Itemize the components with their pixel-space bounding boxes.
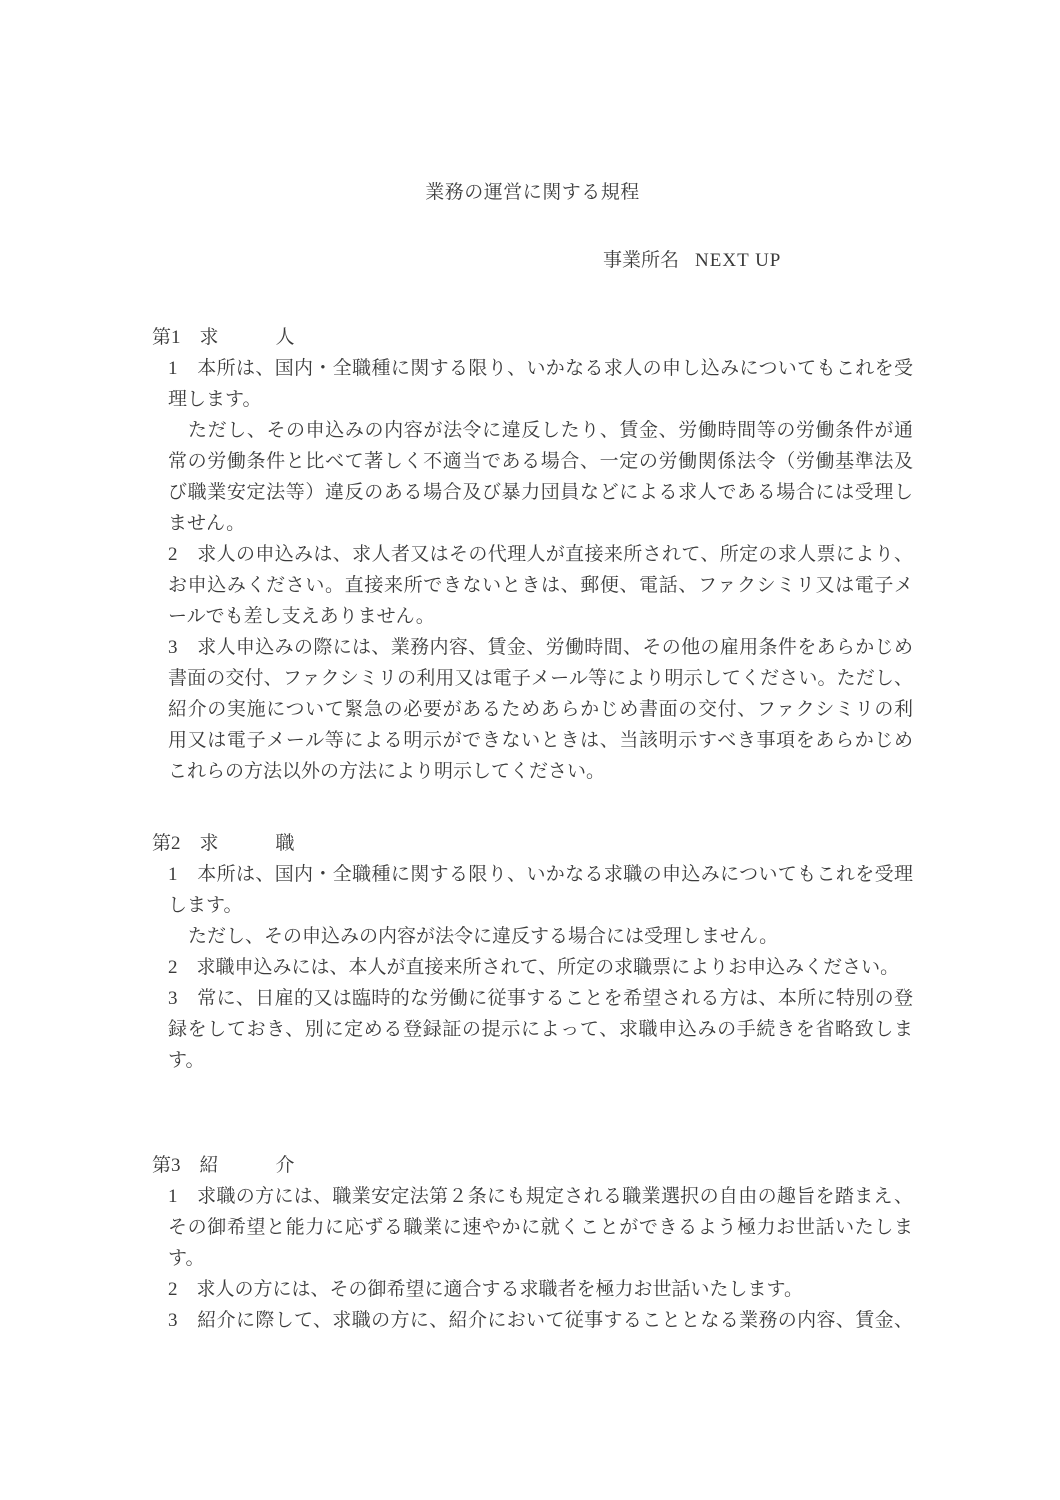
text-line: 用又は電子メール等による明示ができないときは、当該明示すべき事項をあらかじめ [168,725,913,756]
document-title: 業務の運営に関する規程 [152,180,913,206]
text-line: ません。 [168,508,913,539]
text-line: します。 [168,890,913,921]
text-line: 1 本所は、国内・全職種に関する限り、いかなる求人の申し込みについてもこれを受 [168,353,913,384]
text-line: 2 求人の方には、その御希望に適合する求職者を極力お世話いたします。 [168,1274,913,1305]
text-line: 理します。 [168,384,913,415]
text-line: 2 求職申込みには、本人が直接来所されて、所定の求職票によりお申込みください。 [168,952,913,983]
office-line: 事業所名NEXT UP [152,248,913,274]
text-line: 3 常に、日雇的又は臨時的な労働に従事することを希望される方は、本所に特別の登 [168,983,913,1014]
text-line: ただし、その申込みの内容が法令に違反したり、賃金、労働時間等の労働条件が通 [188,415,913,446]
document-page: 業務の運営に関する規程 事業所名NEXT UP 第1 求 人1 本所は、国内・全… [0,0,1060,1500]
text-line: 録をしておき、別に定める登録証の提示によって、求職申込みの手続きを省略致しま [168,1014,913,1045]
text-line: 1 本所は、国内・全職種に関する限り、いかなる求職の申込みについてもこれを受理 [168,859,913,890]
text-line: 2 求人の申込みは、求人者又はその代理人が直接来所されて、所定の求人票により、 [168,539,913,570]
text-line: す。 [168,1045,913,1076]
section-heading: 第3 紹 介 [152,1150,913,1181]
text-line: その御希望と能力に応ずる職業に速やかに就くことができるよう極力お世話いたしま [168,1212,913,1243]
text-line: す。 [168,1243,913,1274]
text-line: 3 紹介に際して、求職の方に、紹介において従事することとなる業務の内容、賃金、 [168,1305,913,1336]
text-line: これらの方法以外の方法により明示してください。 [168,756,913,787]
office-label: 事業所名 [603,250,679,271]
text-line: 常の労働条件と比べて著しく不適当である場合、一定の労働関係法令（労働基準法及 [168,446,913,477]
text-line: ただし、その申込みの内容が法令に違反する場合には受理しません。 [188,921,913,952]
section: 第3 紹 介1 求職の方には、職業安定法第２条にも規定される職業選択の自由の趣旨… [152,1150,913,1336]
text-line: 1 求職の方には、職業安定法第２条にも規定される職業選択の自由の趣旨を踏まえ、 [168,1181,913,1212]
section-heading: 第2 求 職 [152,828,913,859]
text-line: び職業安定法等）違反のある場合及び暴力団員などによる求人である場合には受理し [168,477,913,508]
office-name: NEXT UP [695,250,781,271]
text-line: お申込みください。直接来所できないときは、郵便、電話、ファクシミリ又は電子メ [168,570,913,601]
text-line: 紹介の実施について緊急の必要があるためあらかじめ書面の交付、ファクシミリの利 [168,694,913,725]
section: 第1 求 人1 本所は、国内・全職種に関する限り、いかなる求人の申し込みについて… [152,322,913,787]
text-line: ールでも差し支えありません。 [168,601,913,632]
text-line: 書面の交付、ファクシミリの利用又は電子メール等により明示してください。ただし、 [168,663,913,694]
section-heading: 第1 求 人 [152,322,913,353]
section: 第2 求 職1 本所は、国内・全職種に関する限り、いかなる求職の申込みについても… [152,828,913,1076]
sections-container: 第1 求 人1 本所は、国内・全職種に関する限り、いかなる求人の申し込みについて… [152,322,913,1336]
text-line: 3 求人申込みの際には、業務内容、賃金、労働時間、その他の雇用条件をあらかじめ [168,632,913,663]
